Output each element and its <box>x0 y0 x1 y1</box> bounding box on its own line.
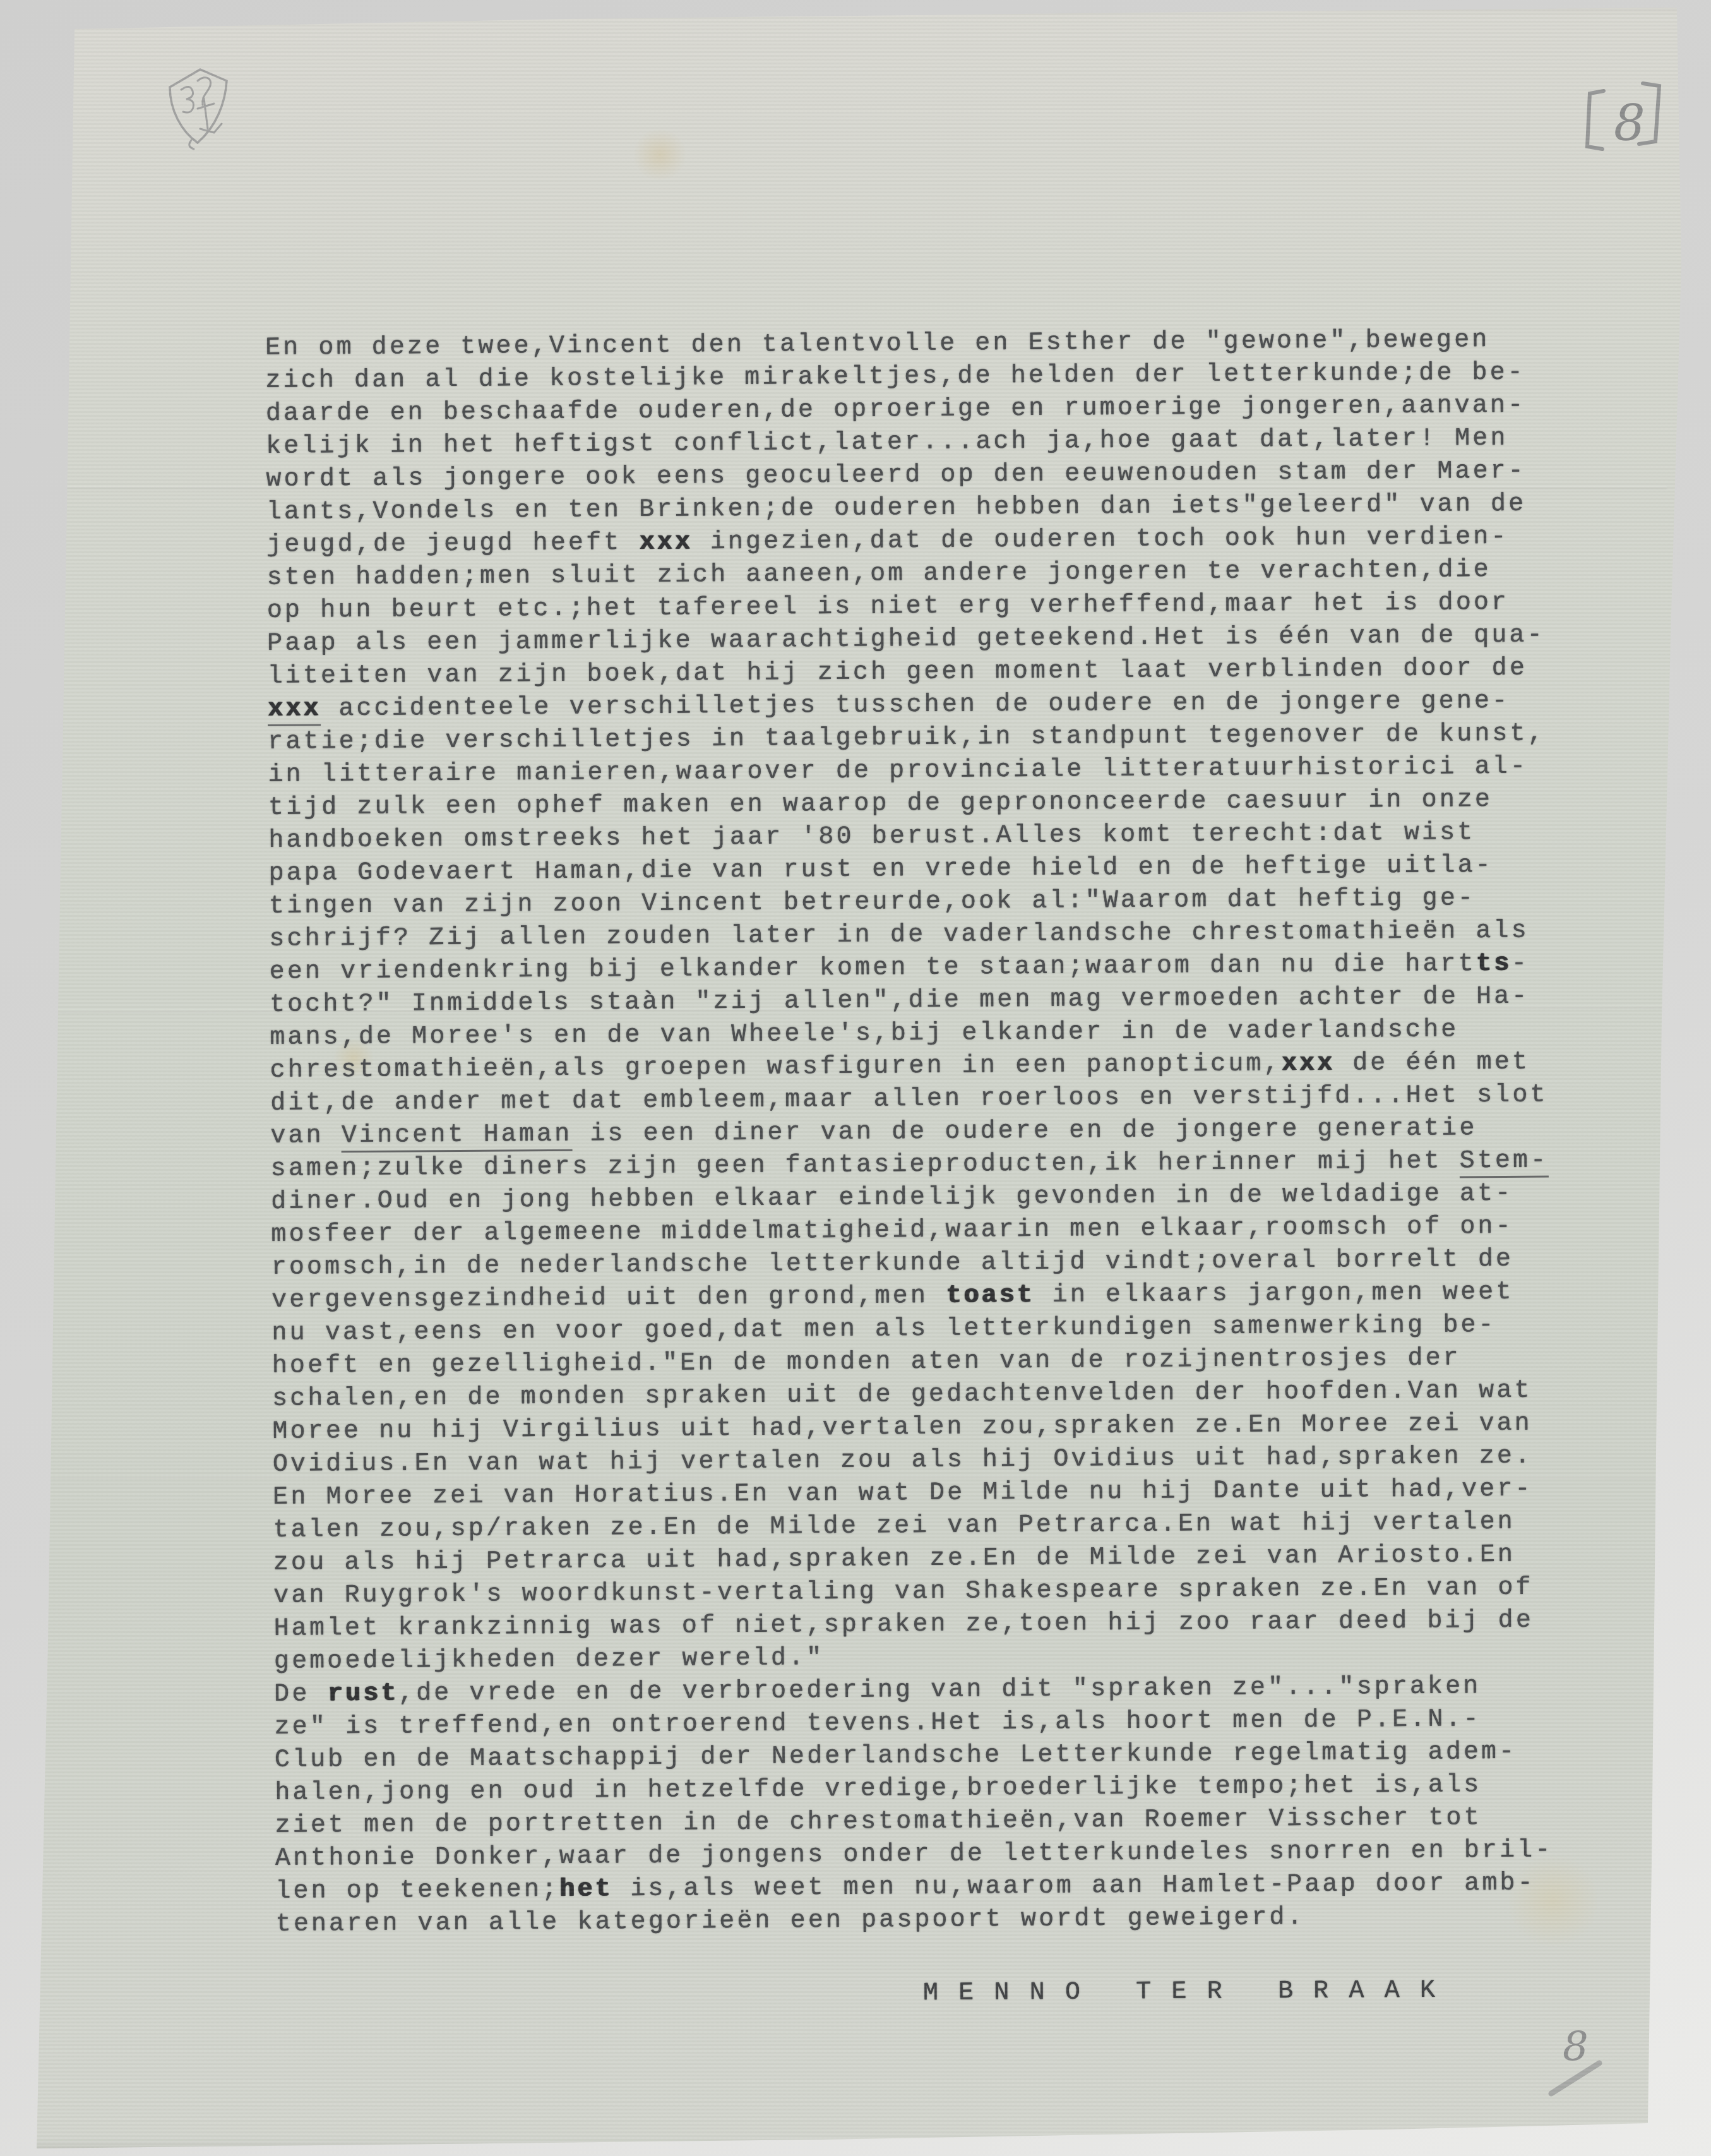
pencil-page-number-bracketed: 8 <box>1572 76 1673 171</box>
pencil-mark-bottom: 8 <box>1544 2018 1613 2109</box>
scan-background: { "paper": { "signature": "M E N N O T E… <box>0 0 1711 2156</box>
stain-spot <box>631 129 688 180</box>
typewritten-text: En om deze twee,Vincent den talentvolle … <box>265 323 1564 1941</box>
document-page: 8 En om deze twee,Vincent den talentvoll… <box>0 0 1711 2156</box>
shield-doodle-stamp <box>161 63 237 155</box>
page-number-bottom: 8 <box>1563 2024 1589 2071</box>
page-number-top: 8 <box>1614 95 1645 152</box>
author-signature: M E N N O T E R B R A A K <box>923 1977 1438 2008</box>
